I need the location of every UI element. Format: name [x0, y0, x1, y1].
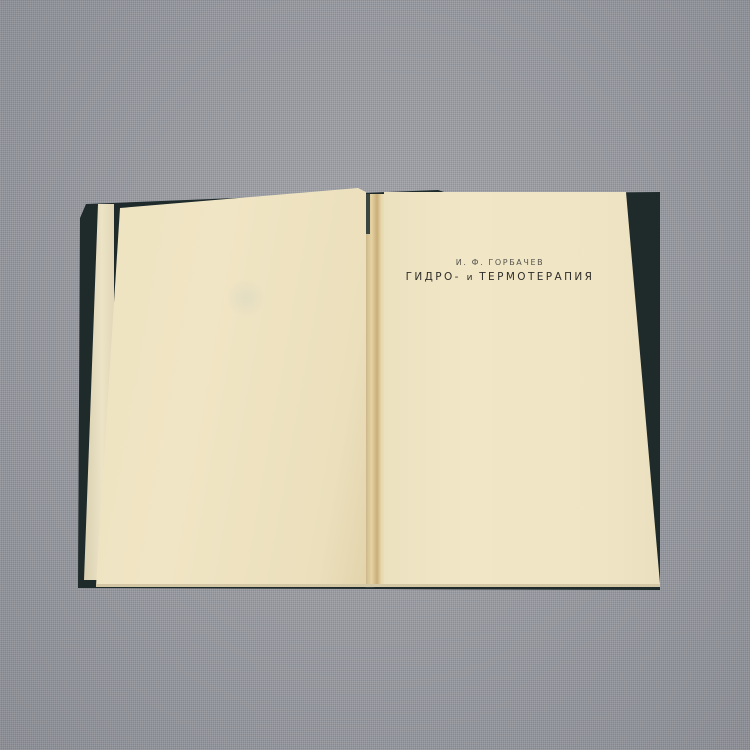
title-block: И. Ф. ГОРБАЧЕВ ГИДРО- и ТЕРМОТЕРАПИЯ: [400, 258, 600, 283]
title-part-2: ТЕРМОТЕРАПИЯ: [479, 271, 594, 283]
gutter-shadow: [366, 194, 370, 234]
title-part-1: ГИДРО-: [406, 271, 461, 283]
page-block-edge: [96, 584, 660, 587]
left-blank-page: [96, 188, 368, 586]
title-conjunction: и: [467, 273, 474, 283]
book-title: ГИДРО- и ТЕРМОТЕРАПИЯ: [400, 271, 600, 283]
page-stain: [226, 278, 266, 318]
photo-scene: И. Ф. ГОРБАЧЕВ ГИДРО- и ТЕРМОТЕРАПИЯ: [0, 0, 750, 750]
title-page: [384, 192, 660, 586]
author-name: И. Ф. ГОРБАЧЕВ: [400, 258, 600, 267]
